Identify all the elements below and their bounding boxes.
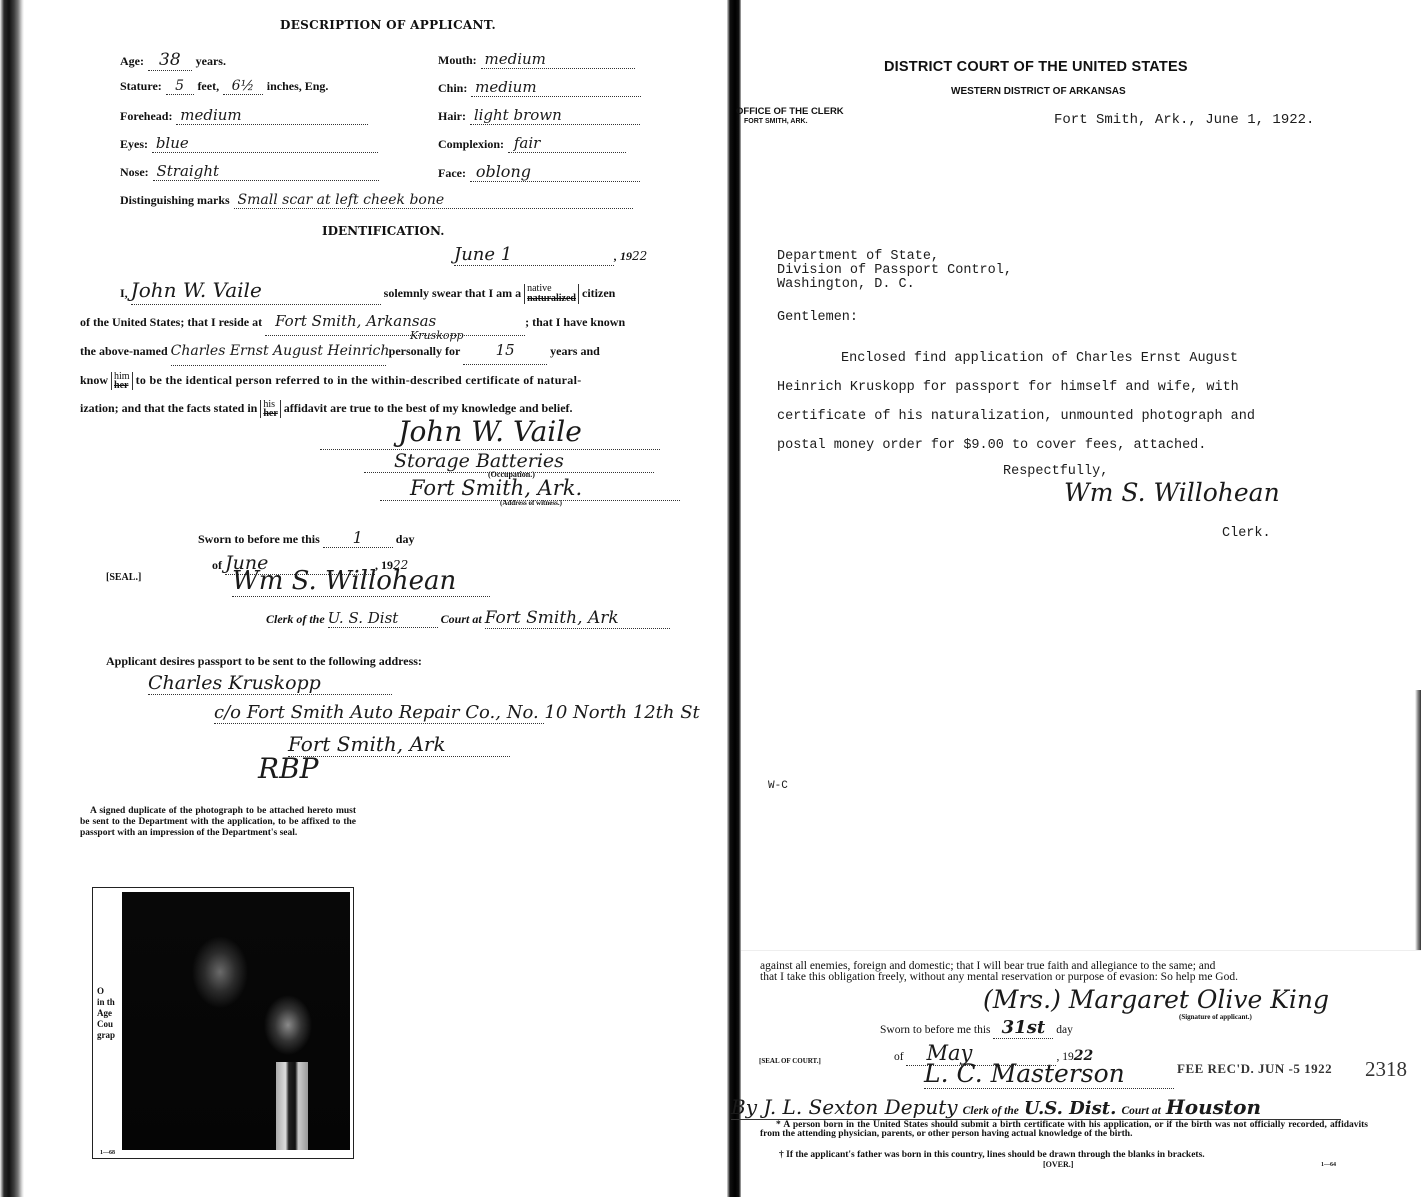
lower-court-location: Houston — [1166, 1095, 1261, 1119]
footnote-father: † If the applicant's father was born in … — [779, 1150, 1205, 1160]
naturalized-option-struck: naturalized — [527, 294, 576, 304]
chin-field: Chin: medium — [438, 78, 648, 97]
identification-title: IDENTIFICATION. — [322, 224, 444, 238]
body-line: postal money order for $9.00 to cover fe… — [777, 431, 1337, 460]
sworn-prefix: Sworn to before me this — [198, 532, 320, 546]
photo-fragment: in th — [97, 997, 115, 1008]
lower-clerk-signature: L. C. Masterson — [924, 1059, 1174, 1089]
age-suffix: years. — [196, 54, 226, 68]
sworn-day-value: 1 — [323, 528, 393, 548]
photo-fragment: grap — [97, 1030, 115, 1041]
address-line: Washington, D. C. — [777, 278, 1012, 292]
lower-sworn-day-value: 31st — [993, 1017, 1053, 1039]
portrait-shirt-tie — [276, 1062, 308, 1150]
line5-text: affidavit are true to the best of my kno… — [284, 401, 573, 415]
nose-label: Nose: — [120, 165, 149, 179]
affidavit-line-3: the above-named Charles Ernst August Hei… — [80, 336, 690, 366]
address-line: Division of Passport Control, — [777, 264, 1012, 278]
oath-line-2: that I take this obligation freely, with… — [760, 972, 1390, 983]
identification-affidavit: I, John W. Vaile solemnly swear that I a… — [80, 276, 690, 422]
letter-closing: Respectfully, — [1003, 464, 1108, 479]
line2-prefix: of the United States; that I reside at — [80, 315, 262, 329]
him-her-bracket: him her — [111, 372, 133, 390]
line1-end: citizen — [582, 286, 615, 300]
deputy-signature: By J. L. Sexton Deputy — [731, 1095, 958, 1119]
nose-field: Nose: Straight — [120, 162, 390, 181]
witness-address-label: (Address of witness.) — [500, 499, 562, 507]
deputy-court-line: By J. L. Sexton Deputy Clerk of the U.S.… — [731, 1095, 1341, 1120]
fee-received-stamp: FEE REC'D. JUN -5 1922 — [1177, 1061, 1332, 1077]
left-form-number: 1—68 — [100, 1150, 115, 1156]
lower-day-label: day — [1056, 1024, 1073, 1036]
signature-title: Clerk. — [1222, 526, 1271, 541]
recipient-address: Department of State, Division of Passpor… — [777, 250, 1012, 292]
description-title: DESCRIPTION OF APPLICANT. — [280, 18, 496, 32]
salutation: Gentlemen: — [777, 310, 858, 325]
eyes-field: Eyes: blue — [120, 134, 390, 153]
complexion-field: Complexion: fair — [438, 134, 648, 153]
identification-year-value: 22 — [632, 249, 647, 263]
identification-date: June 1, 1922 — [454, 244, 647, 266]
stature-field: Stature: 5 feet, 6½ inches, Eng. — [120, 78, 390, 95]
age-field: Age: 38 years. — [120, 50, 390, 71]
native-naturalized-bracket: native naturalized — [524, 284, 579, 304]
forehead-field: Forehead: medium — [120, 106, 390, 125]
identification-date-value: June 1 — [454, 244, 614, 266]
marks-value: Small scar at left cheek bone — [234, 192, 633, 209]
eyes-value: blue — [152, 134, 378, 153]
mailing-heading: Applicant desires passport to be sent to… — [106, 654, 422, 669]
lower-form-number: 1—64 — [1321, 1162, 1336, 1168]
face-field: Face: oblong — [438, 162, 648, 182]
body-line: Heinrich Kruskopp for passport for himse… — [777, 373, 1337, 402]
letter-signature: Wm S. Willohean — [1064, 478, 1280, 507]
letter-dateline: Fort Smith, Ark., June 1, 1922. — [1054, 112, 1314, 128]
face-label: Face: — [438, 166, 466, 180]
line3-end: years and — [550, 344, 600, 358]
court-at-label: Court at — [441, 612, 482, 626]
stature-label: Stature: — [120, 79, 162, 93]
photo-fragment: Cou — [97, 1019, 115, 1030]
clerk-signature-left: Wm S. Willohean — [232, 566, 490, 597]
court-letterhead: DISTRICT COURT OF THE UNITED STATES — [884, 59, 1188, 75]
age-label: Age: — [120, 54, 144, 68]
his-her-bracket: his her — [260, 400, 280, 418]
line3-prefix: the above-named — [80, 344, 168, 358]
residence-value: Fort Smith, Arkansas — [265, 307, 525, 336]
forehead-label: Forehead: — [120, 109, 172, 123]
applicant-signature: (Mrs.) Margaret Olive King — [983, 985, 1329, 1014]
clerk-of-label: Clerk of the — [266, 612, 325, 626]
line4-text: to be the identical person referred to i… — [136, 373, 582, 387]
left-binding-edge — [0, 0, 24, 1197]
age-value: 38 — [148, 50, 192, 71]
inches-label: inches, Eng. — [267, 79, 329, 93]
lower-court-value: U.S. Dist. — [1024, 1098, 1116, 1119]
lower-of-label: of — [894, 1051, 904, 1063]
office-location: FORT SMITH, ARK. — [744, 118, 808, 125]
stature-inches-value: 6½ — [223, 78, 263, 95]
stamp-number: 2318 — [1365, 1057, 1407, 1082]
year-prefix: , 19 — [614, 249, 632, 263]
witness-address-value: Fort Smith, Ark. — [380, 476, 680, 501]
footnote-birth-certificate: * A person born in the United States sho… — [760, 1121, 1368, 1139]
oath-text: against all enemies, foreign and domesti… — [760, 961, 1390, 983]
lower-clerk-of-label: Clerk of the — [963, 1105, 1019, 1117]
forehead-value: medium — [176, 106, 368, 125]
body-line: Enclosed find application of Charles Ern… — [777, 344, 1337, 373]
clerk-court-value: U. S. Dist — [328, 609, 438, 628]
signature-of-applicant-label: (Signature of applicant.) — [1179, 1013, 1252, 1021]
line5-prefix: ization; and that the facts stated in — [80, 401, 257, 415]
over-label: [OVER.] — [1043, 1160, 1073, 1169]
affidavit-line-2: of the United States; that I reside at F… — [80, 307, 690, 336]
page-spine — [727, 0, 741, 1197]
applicant-name-value: Charles Ernst August Heinrich — [171, 337, 386, 366]
nose-value: Straight — [153, 162, 379, 181]
lower-sworn-prefix: Sworn to before me this — [880, 1024, 991, 1036]
complexion-value: fair — [508, 134, 626, 153]
mouth-label: Mouth: — [438, 53, 477, 67]
witness-name-value: John W. Vaile — [131, 276, 381, 305]
district-letterhead: WESTERN DISTRICT OF ARKANSAS — [951, 86, 1126, 97]
affidavit-line-4: know him her to be the identical person … — [80, 366, 690, 394]
chin-label: Chin: — [438, 81, 467, 95]
photo-instruction-note: A signed duplicate of the photograph to … — [80, 806, 356, 839]
stature-feet-value: 5 — [166, 78, 194, 95]
her-option-struck: her — [114, 381, 130, 390]
lower-court-at-label: Court at — [1121, 1105, 1160, 1117]
face-value: oblong — [470, 162, 640, 182]
attached-photograph: O in th Age Cou grap — [92, 887, 354, 1159]
line1-mid: solemnly swear that I am a — [384, 286, 521, 300]
hair-value: light brown — [470, 106, 640, 125]
sworn-day-label: day — [396, 532, 415, 546]
lower-form-sheet: against all enemies, foreign and domesti… — [741, 950, 1421, 1197]
marks-label: Distinguishing marks — [120, 193, 230, 207]
lower-sworn-line: Sworn to before me this 31st day — [880, 1017, 1073, 1039]
mailing-line-1: Charles Kruskopp — [148, 672, 392, 695]
photo-covered-text: O in th Age Cou grap — [97, 986, 115, 1041]
years-known-value: 15 — [463, 336, 547, 365]
eyes-label: Eyes: — [120, 137, 148, 151]
reference-initials: W-C — [768, 780, 788, 792]
address-line: Department of State, — [777, 250, 1012, 264]
photo-fragment: O — [97, 986, 115, 997]
witness-signature: John W. Vaile — [320, 415, 660, 450]
mouth-value: medium — [481, 50, 635, 69]
seal-of-court-label: [SEAL OF COURT.] — [759, 1057, 821, 1065]
mailing-initials: RBP — [258, 752, 319, 785]
affidavit-line-1: I, John W. Vaile solemnly swear that I a… — [80, 276, 690, 307]
mailing-line-3: Fort Smith, Ark — [288, 732, 510, 757]
photo-fragment: Age — [97, 1008, 115, 1019]
complexion-label: Complexion: — [438, 137, 504, 151]
body-line: certificate of his naturalization, unmou… — [777, 402, 1337, 431]
mouth-field: Mouth: medium — [438, 50, 648, 69]
court-location-value: Fort Smith, Ark — [485, 608, 670, 629]
office-of-clerk: OFFICE OF THE CLERK — [736, 106, 844, 117]
feet-label: feet, — [197, 79, 219, 93]
clerk-court-line: Clerk of the U. S. Dist Court at Fort Sm… — [266, 608, 670, 629]
her-option-struck-2: her — [263, 409, 277, 418]
portrait-photo-image — [122, 892, 350, 1150]
chin-value: medium — [471, 78, 641, 97]
letter-body: Enclosed find application of Charles Ern… — [777, 344, 1337, 460]
line4-prefix: know — [80, 373, 108, 387]
line1-prefix: I, — [120, 286, 128, 300]
seal-label: [SEAL.] — [106, 572, 141, 583]
applicant-surname-insert: Kruskopp — [410, 322, 464, 350]
hair-label: Hair: — [438, 109, 466, 123]
line2-end: ; that I have known — [525, 315, 625, 329]
sworn-of-label: of — [212, 558, 222, 572]
hair-field: Hair: light brown — [438, 106, 648, 125]
distinguishing-marks-field: Distinguishing marks Small scar at left … — [120, 192, 650, 209]
sworn-line: Sworn to before me this 1 day — [198, 528, 414, 548]
mailing-line-2: c/o Fort Smith Auto Repair Co., No. 10 N… — [214, 702, 544, 724]
